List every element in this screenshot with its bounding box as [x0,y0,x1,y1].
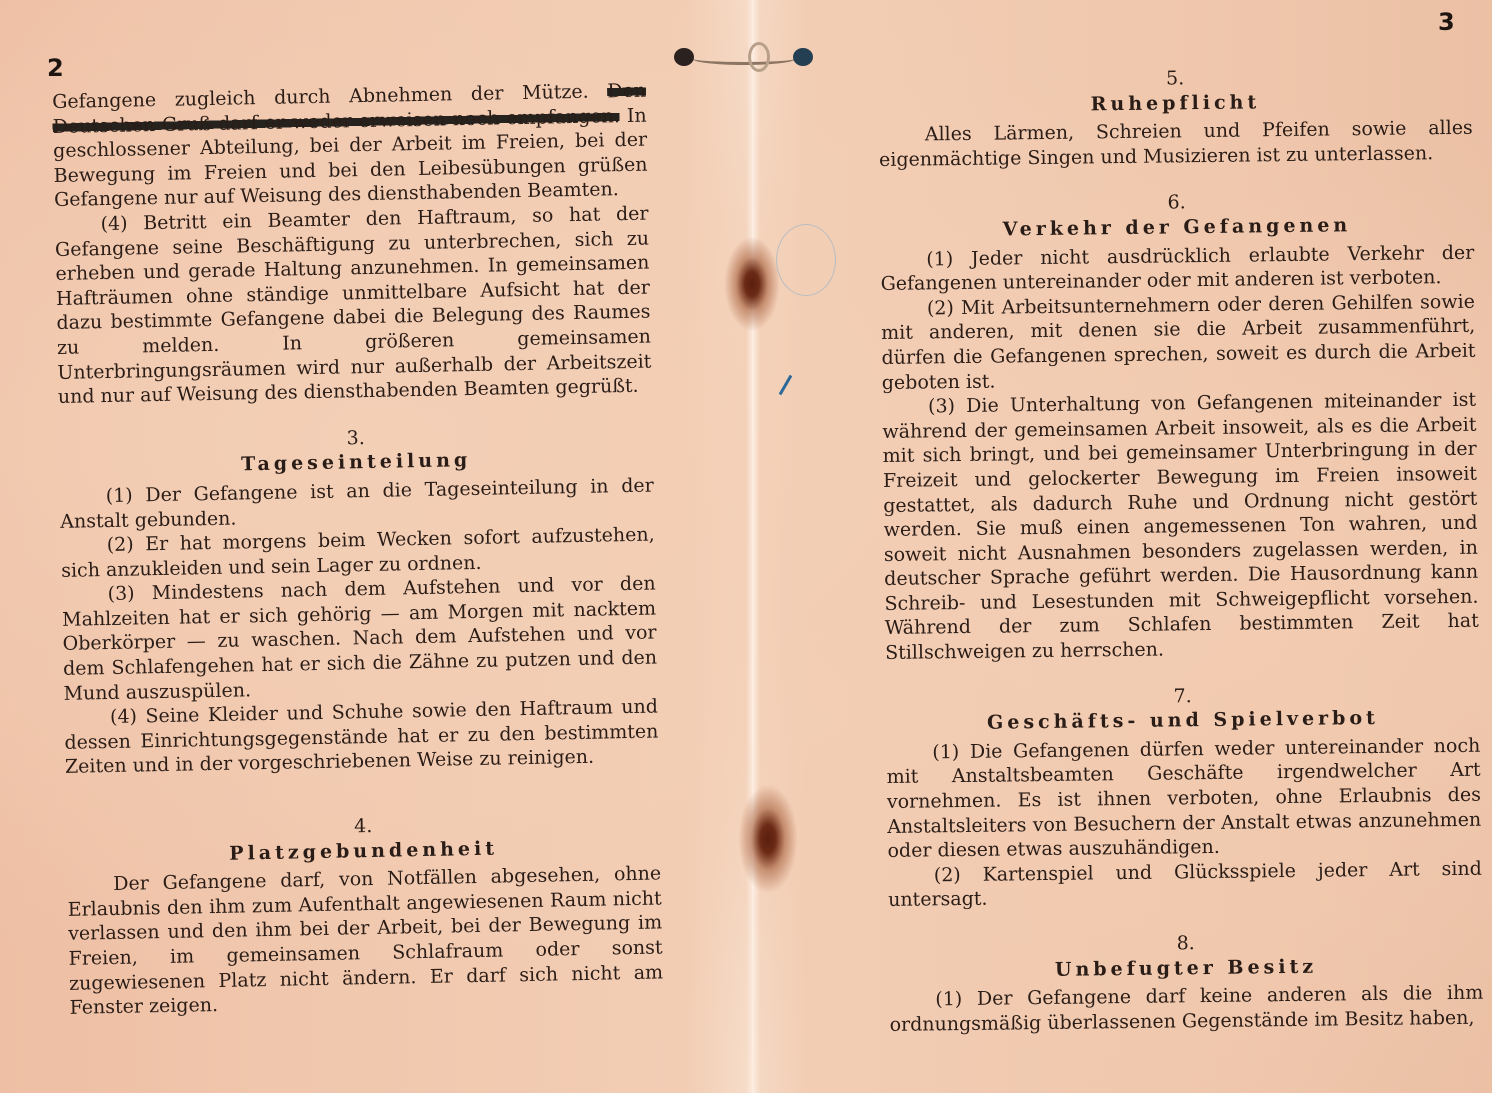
page-right: 3 5. Ruhepflicht Alles Lärmen, Schreien … [760,0,1492,1093]
paragraph: Der Gefangene darf, von Notfällen abgese… [67,862,664,1021]
paragraph: (4) Betritt ein Beamter den Haftraum, so… [54,202,652,410]
paragraph: (1) Die Gefangenen dürfen weder unterein… [886,734,1481,864]
paragraph: (1) Jeder nicht ausdrücklich erlaubte Ve… [880,240,1475,296]
text-column: Gefangene zugleich durch Abnehmen der Mü… [52,79,664,1021]
paragraph: (3) Die Unterhaltung von Gefangenen mite… [882,388,1479,666]
continuation-paragraph: Gefangene zugleich durch Abnehmen der Mü… [52,79,648,213]
page-number: 3 [1438,8,1455,36]
scan-margin [1492,0,1507,1093]
page-left: 2 Gefangene zugleich durch Abnehmen der … [0,0,746,1093]
paragraph: (2) Kartenspiel und Glücksspiele jeder A… [888,856,1483,912]
paragraph: (1) Der Gefangene darf keine anderen als… [889,981,1484,1037]
paragraph: Alles Lärmen, Schreien und Pfeifen sowie… [879,116,1474,172]
paragraph: (2) Mit Arbeitsunternehmern oder deren G… [881,289,1476,395]
page-number: 2 [47,54,64,82]
paragraph: (4) Seine Kleider und Schuhe sowie den H… [64,695,659,780]
paragraph: (3) Mindestens nach dem Aufstehen und vo… [61,572,657,706]
book-spine-fold [746,0,760,1093]
text-column: 5. Ruhepflicht Alles Lärmen, Schreien un… [878,63,1484,1038]
